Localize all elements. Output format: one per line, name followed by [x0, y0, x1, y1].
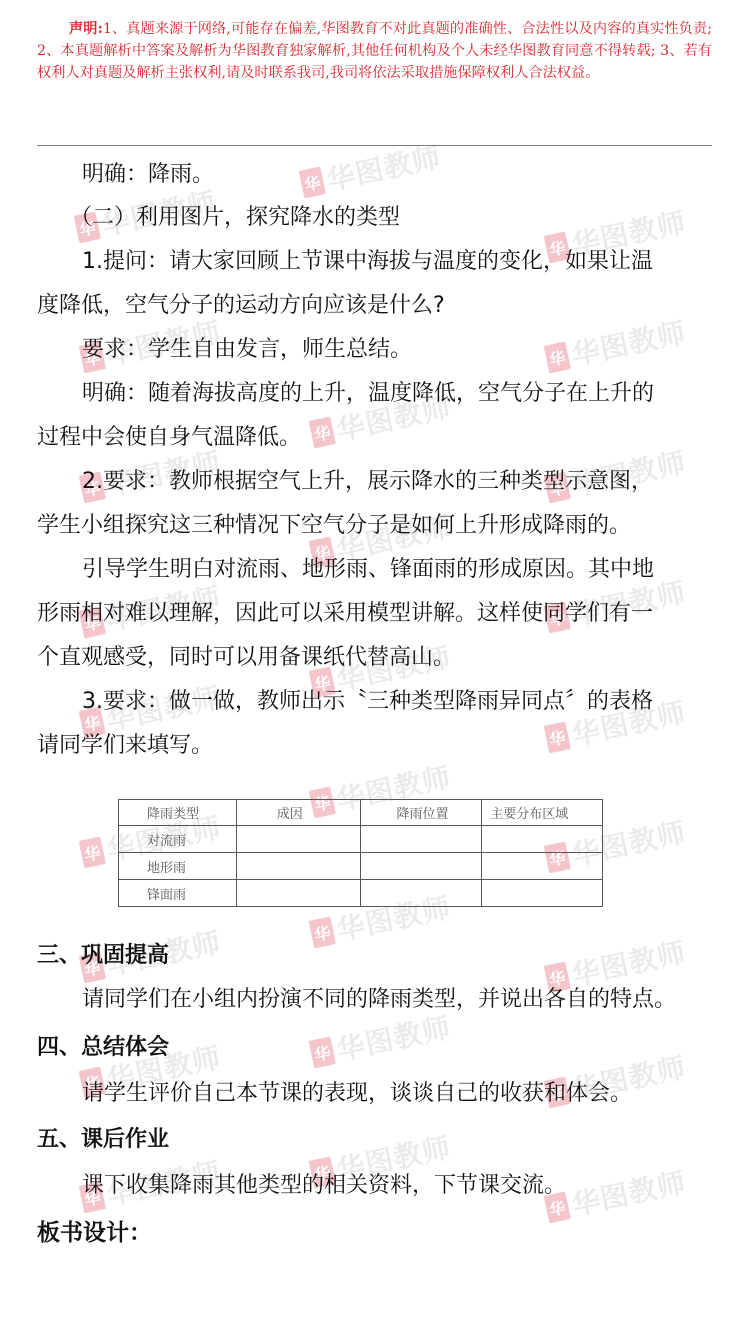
header-divider: [37, 145, 712, 146]
paragraph-line: 请同学们来填写。: [37, 731, 213, 761]
paragraph-line: 引导学生明白对流雨、地形雨、锋面雨的形成原因。其中地: [82, 555, 654, 585]
disclaimer: 声明:1、真题来源于网络,可能存在偏差,华图教育不对此真题的准确性、合法性以及内…: [37, 18, 712, 84]
table-cell: [482, 826, 603, 853]
paragraph-line: 个直观感受，同时可以用备课纸代替高山。: [37, 643, 455, 673]
disclaimer-text: 1、真题来源于网络,可能存在偏差,华图教育不对此真题的准确性、合法性以及内容的真…: [37, 21, 712, 81]
table-cell: [360, 853, 482, 880]
paragraph-line: 学生小组探究这三种情况下空气分子是如何上升形成降雨的。: [37, 511, 631, 541]
paragraph-line: 请学生评价自己本节课的表现，谈谈自己的收获和体会。: [82, 1079, 632, 1109]
table-header-cell: 成因: [236, 800, 360, 826]
paragraph-line: 过程中会使自身气温降低。: [37, 423, 301, 453]
section-heading: 五、课后作业: [37, 1125, 169, 1155]
table-cell: 对流雨: [119, 826, 237, 853]
section-heading: 板书设计：: [37, 1218, 152, 1248]
table-cell: [360, 880, 482, 907]
watermark-logo: 华华图教师: [542, 311, 689, 380]
paragraph-line: 明确：降雨。: [82, 160, 214, 190]
paragraph-line: 度降低，空气分子的运动方向应该是什么?: [37, 291, 445, 321]
paragraph-line: 形雨相对难以理解，因此可以采用模型讲解。这样使同学们有一: [37, 599, 653, 629]
table-cell: [236, 880, 360, 907]
subsection-title: （二）利用图片，探究降水的类型: [70, 203, 400, 233]
table-header-cell: 降雨位置: [360, 800, 482, 826]
paragraph-line: 1.提问：请大家回顾上节课中海拔与温度的变化，如果让温: [82, 247, 653, 277]
table-cell: [236, 853, 360, 880]
table-cell: 地形雨: [119, 853, 237, 880]
section-heading: 三、巩固提高: [37, 941, 169, 971]
section-heading: 四、总结体会: [37, 1033, 169, 1063]
table-header-cell: 主要分布区域: [482, 800, 603, 826]
watermark-logo: 华华图教师: [307, 1006, 454, 1075]
table-row: 锋面雨: [119, 880, 603, 907]
paragraph-line: 请同学们在小组内扮演不同的降雨类型，并说出各自的特点。: [82, 985, 676, 1015]
paragraph-line: 明确：随着海拔高度的上升，温度降低，空气分子在上升的: [82, 379, 654, 409]
paragraph-line: 3.要求：做一做，教师出示〝三种类型降雨异同点〞的表格: [82, 687, 653, 717]
table-row: 对流雨: [119, 826, 603, 853]
paragraph-line: 2.要求：教师根据空气上升，展示降水的三种类型示意图，: [82, 467, 653, 497]
paragraph-line: 课下收集降雨其他类型的相关资料，下节课交流。: [82, 1171, 566, 1201]
table-cell: 锋面雨: [119, 880, 237, 907]
table-row: 地形雨: [119, 853, 603, 880]
disclaimer-label: 声明:: [69, 21, 103, 37]
table-cell: [482, 880, 603, 907]
table-cell: [236, 826, 360, 853]
paragraph-line: 要求：学生自由发言，师生总结。: [82, 335, 412, 365]
table-header-row: 降雨类型 成因 降雨位置 主要分布区域: [119, 800, 603, 826]
table-cell: [360, 826, 482, 853]
table-header-cell: 降雨类型: [119, 800, 237, 826]
rainfall-types-table: 降雨类型 成因 降雨位置 主要分布区域 对流雨 地形雨 锋面雨: [118, 799, 603, 907]
table-cell: [482, 853, 603, 880]
